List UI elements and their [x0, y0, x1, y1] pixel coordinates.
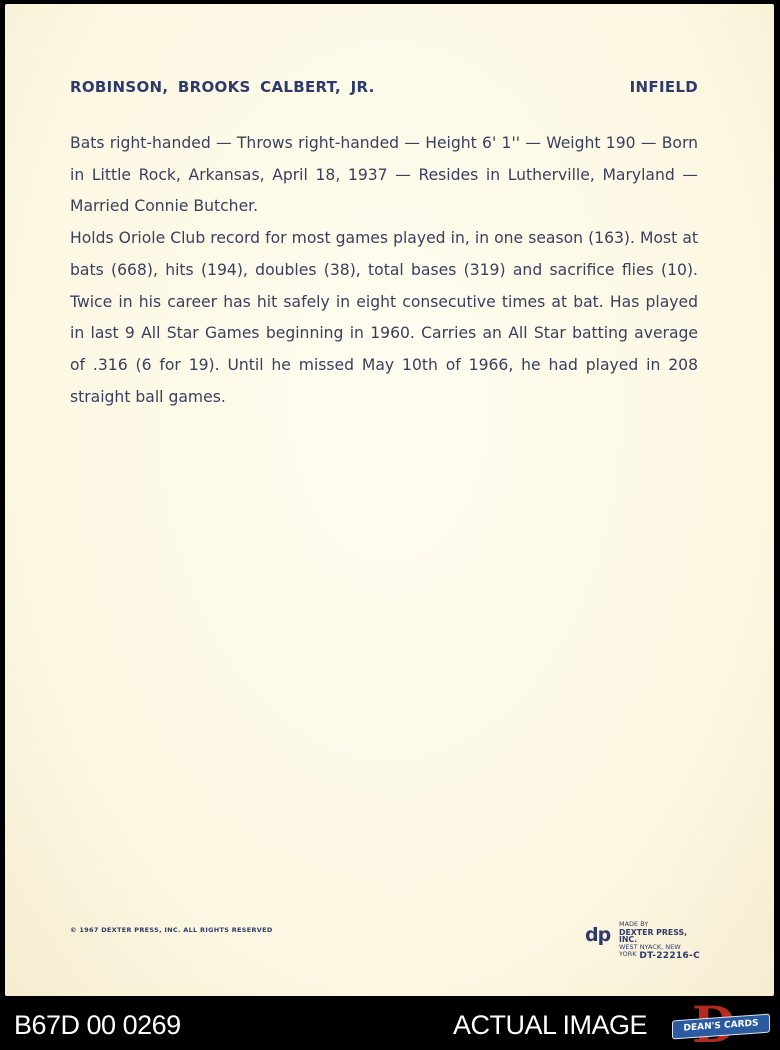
inventory-id: B67D 00 0269 [14, 1010, 181, 1041]
maker-line-2: DEXTER PRESS, INC. [619, 929, 700, 944]
bio-paragraph-records: Holds Oriole Club record for most games … [70, 223, 698, 413]
copyright-notice: © 1967 DEXTER PRESS, INC. ALL RIGHTS RES… [70, 926, 273, 934]
player-position: INFIELD [630, 78, 698, 96]
player-name: ROBINSON, BROOKS CALBERT, JR. [70, 78, 375, 96]
card-code: DT-22216-C [639, 951, 700, 961]
dp-logo-icon: dp [585, 924, 610, 946]
bio-text: Bats right-handed — Throws right-handed … [70, 128, 698, 413]
deans-cards-logo-icon: D DEAN'S CARDS [672, 1003, 770, 1047]
bio-paragraph-vitals: Bats right-handed — Throws right-handed … [70, 128, 698, 223]
actual-image-label: ACTUAL IMAGE [453, 1010, 647, 1041]
card-back: ROBINSON, BROOKS CALBERT, JR. INFIELD Ba… [5, 4, 774, 996]
brand-banner: DEAN'S CARDS [672, 1014, 770, 1040]
maker-block: dp MADE BY DEXTER PRESS, INC. WEST NYACK… [585, 921, 700, 966]
